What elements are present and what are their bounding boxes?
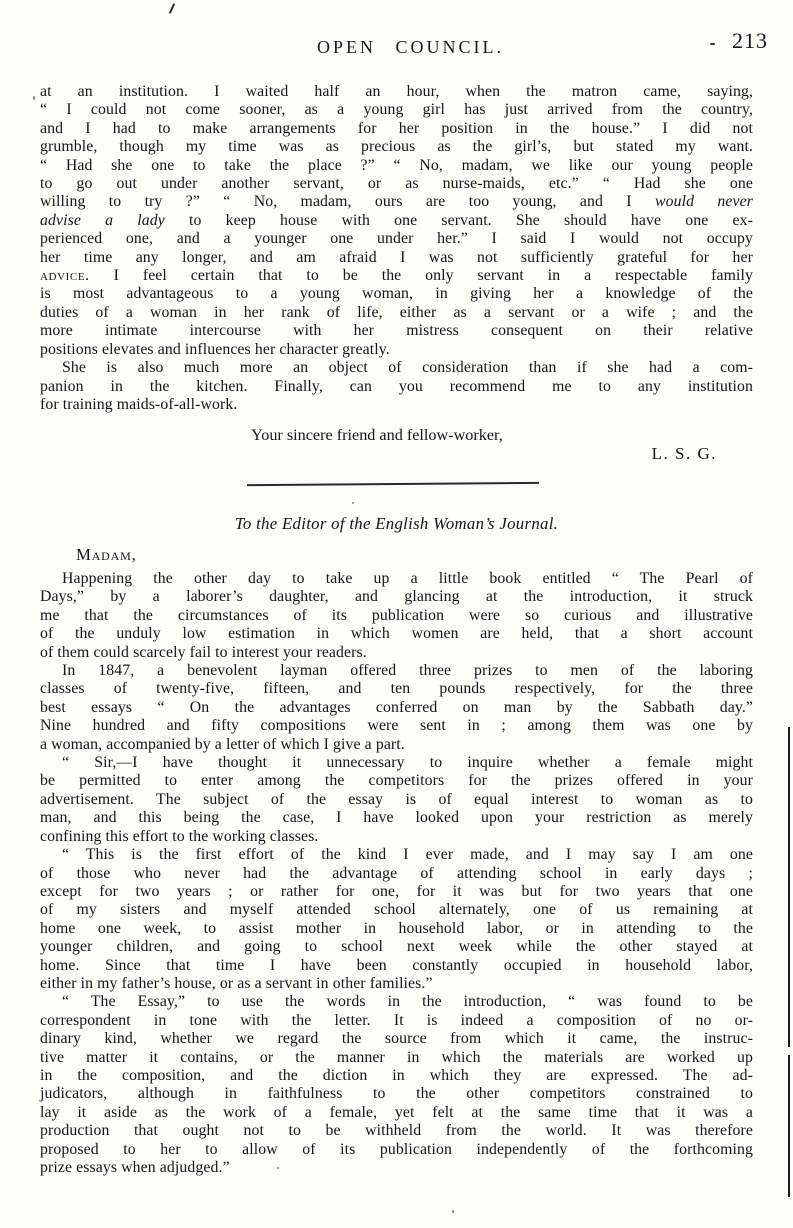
text-line: In 1847, a benevolent layman offered thr… bbox=[40, 662, 753, 680]
text-line: tive matter it contains, or the manner i… bbox=[40, 1049, 753, 1067]
text-line: prize essays when adjudged.” bbox=[40, 1159, 753, 1177]
text-line: judicators, although in faithfulness to … bbox=[40, 1085, 753, 1103]
text-line: confining this effort to the working cla… bbox=[40, 828, 753, 846]
text-segment: at an institution. I waited half an hour… bbox=[40, 83, 753, 100]
text-segment: “ I could not come sooner, as a young gi… bbox=[40, 101, 753, 118]
text-segment: of the unduly low estimation in which wo… bbox=[40, 625, 753, 642]
italic-text: advise a lady bbox=[40, 212, 165, 229]
text-line: of my sisters and myself attended school… bbox=[40, 901, 753, 919]
text-line: at an institution. I waited half an hour… bbox=[40, 83, 753, 101]
text-line: Days,” by a laborer’s daughter, and glan… bbox=[40, 588, 753, 606]
text-line: positions elevates and influences her ch… bbox=[40, 341, 753, 359]
text-line: correspondent in tone with the letter. I… bbox=[40, 1012, 753, 1030]
italic-text: would never bbox=[655, 193, 753, 210]
text-segment: tive matter it contains, or the manner i… bbox=[40, 1049, 753, 1066]
text-line: “ Sir,—I have thought it unnecessary to … bbox=[40, 754, 753, 772]
text-segment: me that the circumstances of its publica… bbox=[40, 607, 753, 624]
letter-body: Happening the other day to take up a lit… bbox=[40, 570, 753, 1177]
text-segment: in the composition, and the diction in w… bbox=[40, 1067, 753, 1084]
text-segment: advertisement. The subject of the essay … bbox=[40, 791, 753, 808]
text-line: proposed to her to allow of its publicat… bbox=[40, 1141, 753, 1159]
text-segment: best essays “ On the advantages conferre… bbox=[40, 699, 753, 716]
text-segment: a woman, accompanied by a letter of whic… bbox=[40, 736, 405, 753]
text-segment: “ The Essay,” to use the words in the in… bbox=[62, 993, 753, 1010]
text-line: best essays “ On the advantages conferre… bbox=[40, 699, 753, 717]
text-segment: her time any longer, and am afraid I was… bbox=[40, 249, 753, 266]
text-segment: In 1847, a benevolent layman offered thr… bbox=[62, 662, 753, 679]
closing-line: Your sincere friend and fellow-worker, bbox=[40, 426, 753, 445]
page-edge-line bbox=[788, 727, 791, 1047]
text-line: a woman, accompanied by a letter of whic… bbox=[40, 736, 753, 754]
text-segment: She is also much more an object of consi… bbox=[62, 359, 753, 376]
text-line: “ Had she one to take the place ?” “ No,… bbox=[40, 157, 753, 175]
text-segment: I feel certain that to be the only serva… bbox=[90, 267, 753, 284]
text-segment: “ This is the first effort of the kind I… bbox=[62, 846, 753, 863]
text-segment: willing to try ?” “ No, madam, ours are … bbox=[40, 193, 655, 210]
text-line: either in my father’s house, or as a ser… bbox=[40, 975, 753, 993]
text-segment: panion in the kitchen. Finally, can you … bbox=[40, 378, 753, 395]
text-segment: and I had to make arrangements for her p… bbox=[40, 120, 753, 137]
text-segment: of those who never had the advantage of … bbox=[40, 865, 753, 882]
text-line: “ I could not come sooner, as a young gi… bbox=[40, 101, 753, 119]
text-line: of the unduly low estimation in which wo… bbox=[40, 625, 753, 643]
text-segment: more intimate intercourse with her mistr… bbox=[40, 322, 753, 339]
text-segment: judicators, although in faithfulness to … bbox=[40, 1085, 753, 1102]
salutation: Madam, bbox=[76, 545, 137, 565]
text-segment: duties of a woman in her rank of life, e… bbox=[40, 304, 753, 321]
text-line: panion in the kitchen. Finally, can you … bbox=[40, 378, 753, 396]
text-segment: prize essays when adjudged.” bbox=[40, 1159, 230, 1176]
text-line: Nine hundred and fifty compositions were… bbox=[40, 717, 753, 735]
text-line: home. Since that time I have been consta… bbox=[40, 957, 753, 975]
text-line: me that the circumstances of its publica… bbox=[40, 607, 753, 625]
text-segment: perienced one, and a younger one under h… bbox=[40, 230, 753, 247]
ink-mark bbox=[710, 43, 715, 45]
text-segment: man, and this being the case, I have loo… bbox=[40, 809, 753, 826]
text-line: “ This is the first effort of the kind I… bbox=[40, 846, 753, 864]
text-line: more intimate intercourse with her mistr… bbox=[40, 322, 753, 340]
text-segment: correspondent in tone with the letter. I… bbox=[40, 1012, 753, 1029]
text-line: be permitted to enter among the competit… bbox=[40, 772, 753, 790]
text-segment: Days,” by a laborer’s daughter, and glan… bbox=[40, 588, 753, 605]
text-segment: dinary kind, whether we regard the sourc… bbox=[40, 1030, 753, 1047]
journal-page: OPEN COUNCIL. 213 at an institution. I w… bbox=[0, 0, 793, 1228]
text-line: classes of twenty-five, fifteen, and ten… bbox=[40, 680, 753, 698]
text-line: and I had to make arrangements for her p… bbox=[40, 120, 753, 138]
text-line: younger children, and going to school ne… bbox=[40, 938, 753, 956]
text-line: except for two years ; or rather for one… bbox=[40, 883, 753, 901]
letter-heading: To the Editor of the English Woman’s Jou… bbox=[40, 514, 753, 534]
text-line: She is also much more an object of consi… bbox=[40, 359, 753, 377]
text-segment: except for two years ; or rather for one… bbox=[40, 883, 753, 900]
letter-body: at an institution. I waited half an hour… bbox=[40, 83, 753, 414]
text-line: perienced one, and a younger one under h… bbox=[40, 230, 753, 248]
text-segment: to keep house with one servant. She shou… bbox=[165, 212, 753, 229]
text-line: grumble, though my time was as precious … bbox=[40, 138, 753, 156]
text-segment: proposed to her to allow of its publicat… bbox=[40, 1141, 753, 1158]
text-line: is most advantageous to a young woman, i… bbox=[40, 285, 753, 303]
text-segment: “ Sir,—I have thought it unnecessary to … bbox=[62, 754, 753, 771]
text-segment: Nine hundred and fifty compositions were… bbox=[40, 717, 753, 734]
page-number: 213 bbox=[732, 28, 768, 54]
page-edge-line bbox=[788, 1055, 791, 1197]
text-line: duties of a woman in her rank of life, e… bbox=[40, 304, 753, 322]
small-caps-text: advice. bbox=[40, 267, 90, 284]
text-segment: “ Had she one to take the place ?” “ No,… bbox=[40, 157, 753, 174]
ink-speck bbox=[277, 1167, 279, 1169]
ink-speck bbox=[352, 502, 354, 504]
ink-speck bbox=[452, 1210, 454, 1213]
text-segment: younger children, and going to school ne… bbox=[40, 938, 753, 955]
text-line: her time any longer, and am afraid I was… bbox=[40, 249, 753, 267]
text-segment: is most advantageous to a young woman, i… bbox=[40, 285, 753, 302]
text-segment: of my sisters and myself attended school… bbox=[40, 901, 753, 918]
text-line: for training maids-of-all-work. bbox=[40, 396, 753, 414]
text-segment: to go out under another servant, or as n… bbox=[40, 175, 753, 192]
text-segment: home. Since that time I have been consta… bbox=[40, 957, 753, 974]
text-line: advice. I feel certain that to be the on… bbox=[40, 267, 753, 285]
text-segment: positions elevates and influences her ch… bbox=[40, 341, 390, 358]
text-line: to go out under another servant, or as n… bbox=[40, 175, 753, 193]
page-title: OPEN COUNCIL. bbox=[14, 37, 793, 58]
text-line: advise a lady to keep house with one ser… bbox=[40, 212, 753, 230]
text-line: man, and this being the case, I have loo… bbox=[40, 809, 753, 827]
text-segment: confining this effort to the working cla… bbox=[40, 828, 318, 845]
text-line: in the composition, and the diction in w… bbox=[40, 1067, 753, 1085]
text-segment: grumble, though my time was as precious … bbox=[40, 138, 753, 155]
section-divider bbox=[247, 482, 539, 486]
signature: L. S. G. bbox=[40, 444, 753, 464]
text-segment: be permitted to enter among the competit… bbox=[40, 772, 753, 789]
text-line: willing to try ?” “ No, madam, ours are … bbox=[40, 193, 753, 211]
text-segment: production that ought not to be withheld… bbox=[40, 1122, 753, 1139]
text-segment: classes of twenty-five, fifteen, and ten… bbox=[40, 680, 753, 697]
text-segment: lay it aside as the work of a female, ye… bbox=[40, 1104, 753, 1121]
text-segment: either in my father’s house, or as a ser… bbox=[40, 975, 433, 992]
text-line: “ The Essay,” to use the words in the in… bbox=[40, 993, 753, 1011]
text-segment: of them could scarcely fail to interest … bbox=[40, 644, 367, 661]
text-segment: Happening the other day to take up a lit… bbox=[62, 570, 753, 587]
text-line: of them could scarcely fail to interest … bbox=[40, 644, 753, 662]
ink-mark bbox=[169, 3, 175, 14]
text-line: advertisement. The subject of the essay … bbox=[40, 791, 753, 809]
text-segment: home one week, to assist mother in house… bbox=[40, 920, 753, 937]
text-line: Happening the other day to take up a lit… bbox=[40, 570, 753, 588]
text-line: of those who never had the advantage of … bbox=[40, 865, 753, 883]
text-segment: for training maids-of-all-work. bbox=[40, 396, 237, 413]
text-line: dinary kind, whether we regard the sourc… bbox=[40, 1030, 753, 1048]
text-line: lay it aside as the work of a female, ye… bbox=[40, 1104, 753, 1122]
text-line: production that ought not to be withheld… bbox=[40, 1122, 753, 1140]
ink-speck bbox=[33, 96, 35, 100]
text-line: home one week, to assist mother in house… bbox=[40, 920, 753, 938]
